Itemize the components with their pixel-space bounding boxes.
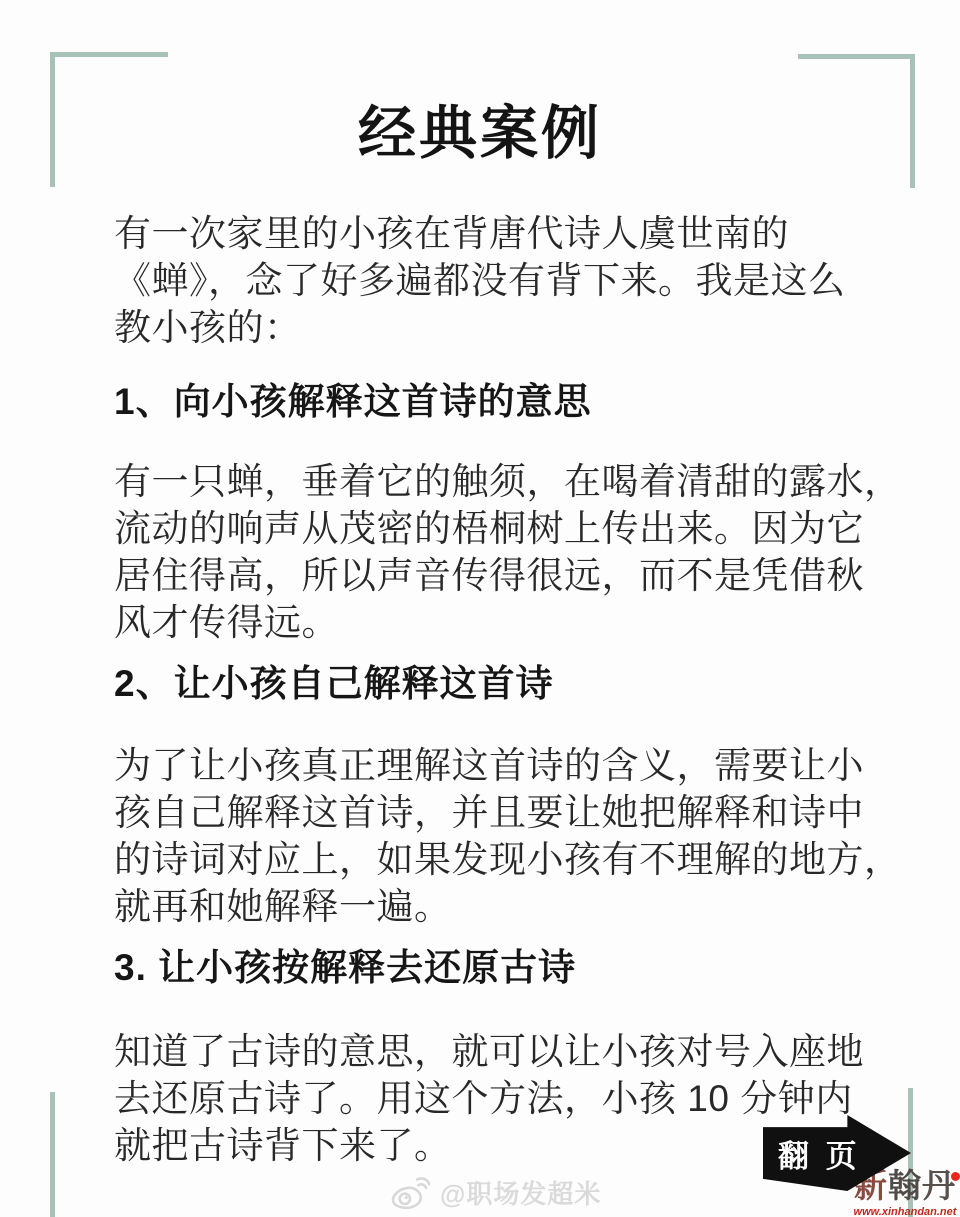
section-1-line: 风才传得远。: [114, 599, 902, 646]
section-2-heading: 2、让小孩自己解释这首诗: [114, 662, 554, 706]
section-2-line: 就再和她解释一遍。: [114, 883, 902, 930]
section-2-line: 为了让小孩真正理解这首诗的含义，需要让小: [114, 742, 902, 789]
section-1-heading: 1、向小孩解释这首诗的意思: [114, 380, 592, 424]
section-3-heading: 3. 让小孩按解释去还原古诗: [114, 946, 576, 990]
site-logo-char: 翰: [888, 1169, 922, 1205]
section-3-line: 就把古诗背下来了。: [114, 1122, 864, 1169]
intro-line: 有一次家里的小孩在背唐代诗人虞世南的: [114, 210, 846, 257]
page: 经典案例 有一次家里的小孩在背唐代诗人虞世南的 《蝉》，念了好多遍都没有背下来。…: [0, 0, 960, 1217]
section-3-paragraph: 知道了古诗的意思，就可以让小孩对号入座地 去还原古诗了。用这个方法，小孩 10 …: [114, 1028, 864, 1169]
watermark-handle: @职场发超米: [440, 1174, 601, 1211]
section-1-line: 流动的响声从茂密的梧桐树上传出来。因为它: [114, 505, 902, 552]
section-2-line: 孩自己解释这首诗，并且要让她把解释和诗中: [114, 789, 902, 836]
site-logo-url: www.xinhandan.net: [852, 1206, 958, 1217]
intro-paragraph: 有一次家里的小孩在背唐代诗人虞世南的 《蝉》，念了好多遍都没有背下来。我是这么 …: [114, 210, 846, 351]
page-title: 经典案例: [0, 86, 960, 170]
section-3-line: 知道了古诗的意思，就可以让小孩对号入座地: [114, 1028, 864, 1075]
section-2-paragraph: 为了让小孩真正理解这首诗的含义，需要让小 孩自己解释这首诗，并且要让她把解释和诗…: [114, 742, 902, 930]
section-2-line: 的诗词对应上，如果发现小孩有不理解的地方，: [114, 836, 902, 883]
weibo-icon: [390, 1175, 440, 1211]
section-3-line: 去还原古诗了。用这个方法，小孩 10 分钟内: [114, 1075, 864, 1122]
seal-dot-icon: [951, 1172, 960, 1181]
section-1-line: 居住得高，所以声音传得很远，而不是凭借秋: [114, 552, 902, 599]
corner-bracket-bottom-left: [50, 1092, 55, 1217]
intro-line: 《蝉》，念了好多遍都没有背下来。我是这么: [114, 257, 846, 304]
section-1-line: 有一只蝉，垂着它的触须，在喝着清甜的露水，: [114, 458, 902, 505]
weibo-watermark: @职场发超米: [390, 1174, 601, 1211]
section-1-paragraph: 有一只蝉，垂着它的触须，在喝着清甜的露水， 流动的响声从茂密的梧桐树上传出来。因…: [114, 458, 902, 646]
intro-line: 教小孩的：: [114, 304, 846, 351]
